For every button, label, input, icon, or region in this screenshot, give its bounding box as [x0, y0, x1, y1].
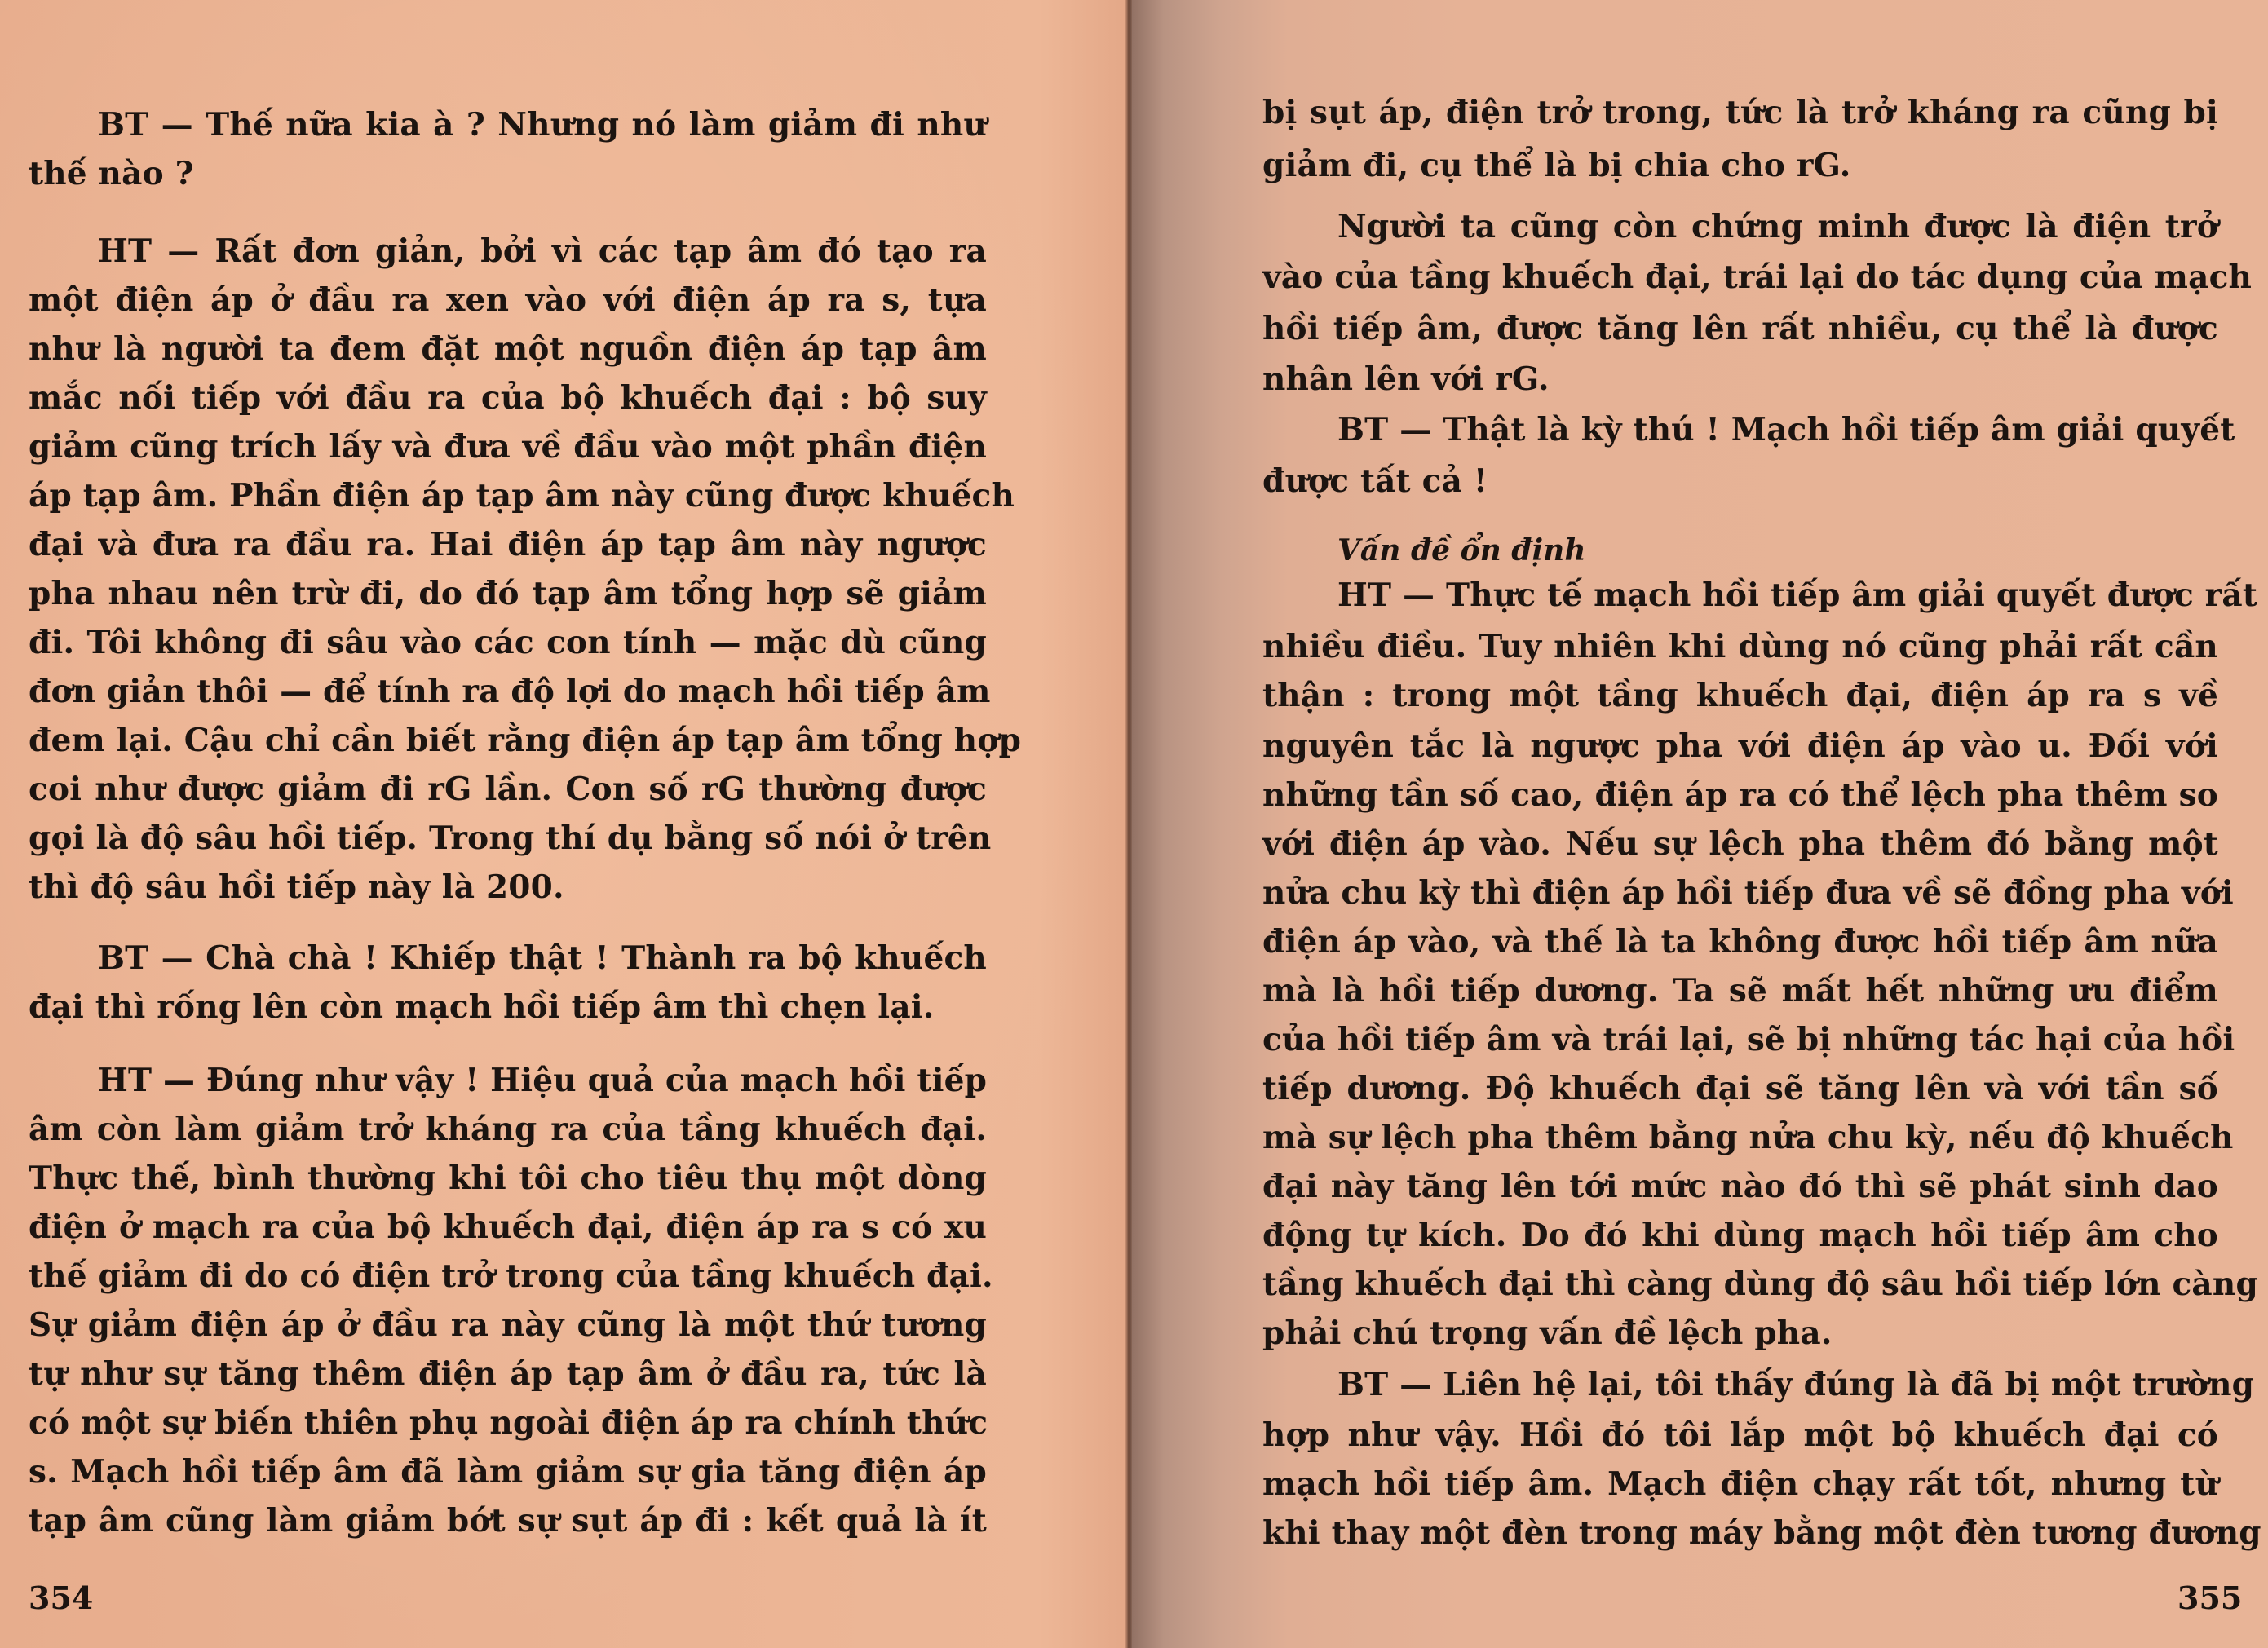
text-line: Sự giảm điện áp ở đầu ra này cũng là một…	[29, 1305, 987, 1345]
text-line: nguyên tắc là ngược pha với điện áp vào …	[1262, 726, 2218, 767]
text-line: khi thay một đèn trong máy bằng một đèn …	[1262, 1513, 2218, 1553]
text-line: thế giảm đi do có điện trở trong của tần…	[29, 1256, 987, 1297]
text-line: đại và đưa ra đầu ra. Hai điện áp tạp âm…	[29, 524, 987, 565]
text-line: giảm đi, cụ thể là bị chia cho rG.	[1262, 145, 2218, 186]
line-text: mắc nối tiếp với đầu ra của bộ khuếch đạ…	[29, 379, 987, 417]
line-text: điện áp vào, và thế là ta không được hồi…	[1262, 923, 2218, 961]
line-text: phải chú trọng vấn đề lệch pha.	[1262, 1314, 1833, 1352]
line-text: Chà chà ! Khiếp thật ! Thành ra bộ khuếc…	[193, 939, 987, 977]
line-text: đem lại. Cậu chỉ cần biết rằng điện áp t…	[29, 722, 1021, 759]
text-line: BT — Liên hệ lại, tôi thấy đúng là đã bị…	[1337, 1364, 2218, 1405]
text-line: âm còn làm giảm trở kháng ra của tầng kh…	[29, 1109, 987, 1150]
line-text: mà là hồi tiếp dương. Ta sẽ mất hết nhữn…	[1262, 972, 2218, 1010]
line-text: áp tạp âm. Phần điện áp tạp âm này cũng …	[29, 477, 1015, 515]
text-line: gọi là độ sâu hồi tiếp. Trong thí dụ bằn…	[29, 818, 987, 859]
speaker-label: BT —	[98, 106, 193, 144]
line-text: hồi tiếp âm, được tăng lên rất nhiều, cụ…	[1262, 310, 2218, 347]
line-text: Thật là kỳ thú ! Mạch hồi tiếp âm giải q…	[1431, 411, 2235, 448]
line-text: đi. Tôi không đi sâu vào các con tính — …	[29, 624, 987, 661]
text-line: HT — Rất đơn giản, bởi vì các tạp âm đó …	[98, 231, 987, 272]
text-line: HT — Đúng như vậy ! Hiệu quả của mạch hồ…	[98, 1060, 987, 1101]
line-text: đơn giản thôi — để tính ra độ lợi do mạc…	[29, 673, 991, 710]
line-text: Rất đơn giản, bởi vì các tạp âm đó tạo r…	[199, 232, 987, 270]
speaker-label: HT —	[98, 232, 199, 270]
text-line: đi. Tôi không đi sâu vào các con tính — …	[29, 622, 987, 663]
text-line: động tự kích. Do đó khi dùng mạch hồi ti…	[1262, 1215, 2218, 1256]
line-text: giảm đi, cụ thể là bị chia cho rG.	[1262, 147, 1851, 184]
line-text: giảm cũng trích lấy và đưa về đầu vào mộ…	[29, 428, 987, 466]
text-line: nửa chu kỳ thì điện áp hồi tiếp đưa về s…	[1262, 873, 2218, 913]
speaker-label: HT —	[98, 1062, 195, 1099]
text-line: Thực thế, bình thường khi tôi cho tiêu t…	[29, 1158, 987, 1199]
line-text: Người ta cũng còn chứng minh được là điệ…	[1337, 208, 2218, 245]
section-heading: Vấn đề ổn định	[1337, 530, 1586, 571]
text-line: bị sụt áp, điện trở trong, tức là trở kh…	[1262, 92, 2218, 133]
text-line: vào của tầng khuếch đại, trái lại do tác…	[1262, 257, 2218, 298]
text-line: điện áp vào, và thế là ta không được hồi…	[1262, 921, 2218, 962]
text-line: s. Mạch hồi tiếp âm đã làm giảm sự gia t…	[29, 1451, 987, 1492]
text-line: những tần số cao, điện áp ra có thể lệch…	[1262, 775, 2218, 815]
left-page-number: 354	[29, 1578, 93, 1619]
text-line: tự như sự tăng thêm điện áp tạp âm ở đầu…	[29, 1354, 987, 1394]
line-text: mạch hồi tiếp âm. Mạch điện chạy rất tốt…	[1262, 1465, 2218, 1503]
line-text: s. Mạch hồi tiếp âm đã làm giảm sự gia t…	[29, 1453, 987, 1491]
line-text: pha nhau nên trừ đi, do đó tạp âm tổng h…	[29, 575, 987, 612]
text-line: mạch hồi tiếp âm. Mạch điện chạy rất tốt…	[1262, 1464, 2218, 1504]
line-text: điện ở mạch ra của bộ khuếch đại, điện á…	[29, 1208, 987, 1246]
line-text: nửa chu kỳ thì điện áp hồi tiếp đưa về s…	[1262, 874, 2234, 912]
speaker-label: BT —	[98, 939, 193, 977]
line-text: âm còn làm giảm trở kháng ra của tầng kh…	[29, 1111, 987, 1148]
line-text: động tự kích. Do đó khi dùng mạch hồi ti…	[1262, 1217, 2218, 1254]
line-text: vào của tầng khuếch đại, trái lại do tác…	[1262, 258, 2252, 296]
line-text: Thế nữa kia à ? Nhưng nó làm giảm đi như	[193, 106, 987, 144]
text-line: thận : trong một tầng khuếch đại, điện á…	[1262, 675, 2218, 716]
text-line: nhân lên với rG.	[1262, 359, 2218, 400]
text-line: pha nhau nên trừ đi, do đó tạp âm tổng h…	[29, 573, 987, 614]
line-text: nguyên tắc là ngược pha với điện áp vào …	[1262, 727, 2218, 765]
text-line: BT — Thật là kỳ thú ! Mạch hồi tiếp âm g…	[1337, 409, 2218, 450]
text-line: hồi tiếp âm, được tăng lên rất nhiều, cụ…	[1262, 308, 2218, 349]
text-line: BT — Chà chà ! Khiếp thật ! Thành ra bộ …	[98, 938, 987, 979]
text-line: có một sự biến thiên phụ ngoài điện áp r…	[29, 1403, 987, 1443]
line-text: thế nào ?	[29, 155, 194, 192]
book-spine	[1125, 0, 1132, 1648]
line-text: như là người ta đem đặt một nguồn điện á…	[29, 330, 987, 368]
line-text: có một sự biến thiên phụ ngoài điện áp r…	[29, 1404, 988, 1442]
text-line: tầng khuếch đại thì càng dùng độ sâu hồi…	[1262, 1264, 2218, 1305]
line-text: tầng khuếch đại thì càng dùng độ sâu hồi…	[1262, 1266, 2258, 1303]
line-text: đại và đưa ra đầu ra. Hai điện áp tạp âm…	[29, 526, 987, 563]
line-text: của hồi tiếp âm và trái lại, sẽ bị những…	[1262, 1021, 2235, 1058]
text-line: một điện áp ở đầu ra xen vào với điện áp…	[29, 280, 987, 320]
line-text: gọi là độ sâu hồi tiếp. Trong thí dụ bằn…	[29, 820, 991, 857]
text-line: mà sự lệch pha thêm bằng nửa chu kỳ, nếu…	[1262, 1117, 2218, 1158]
text-line: với điện áp vào. Nếu sự lệch pha thêm đó…	[1262, 824, 2218, 864]
text-line: của hồi tiếp âm và trái lại, sẽ bị những…	[1262, 1019, 2218, 1060]
line-text: bị sụt áp, điện trở trong, tức là trở kh…	[1262, 94, 2218, 131]
line-text: tạp âm cũng làm giảm bớt sự sụt áp đi : …	[29, 1502, 987, 1540]
text-line: tạp âm cũng làm giảm bớt sự sụt áp đi : …	[29, 1500, 987, 1541]
text-line: thì độ sâu hồi tiếp này là 200.	[29, 867, 987, 908]
line-text: Đúng như vậy ! Hiệu quả của mạch hồi tiế…	[195, 1062, 987, 1099]
text-line: mà là hồi tiếp dương. Ta sẽ mất hết nhữn…	[1262, 970, 2218, 1011]
line-text: nhân lên với rG.	[1262, 360, 1550, 398]
text-line: đơn giản thôi — để tính ra độ lợi do mạc…	[29, 671, 987, 712]
line-text: Thực tế mạch hồi tiếp âm giải quyết được…	[1435, 577, 2257, 614]
speaker-label: BT —	[1337, 1366, 1431, 1403]
line-text: Sự giảm điện áp ở đầu ra này cũng là một…	[29, 1306, 987, 1344]
line-text: thế giảm đi do có điện trở trong của tần…	[29, 1257, 993, 1295]
text-line: tiếp dương. Độ khuếch đại sẽ tăng lên và…	[1262, 1068, 2218, 1109]
text-line: đem lại. Cậu chỉ cần biết rằng điện áp t…	[29, 720, 987, 761]
line-text: tự như sự tăng thêm điện áp tạp âm ở đầu…	[29, 1355, 987, 1393]
text-line: áp tạp âm. Phần điện áp tạp âm này cũng …	[29, 475, 987, 516]
line-text: tiếp dương. Độ khuếch đại sẽ tăng lên và…	[1262, 1070, 2218, 1107]
line-text: Thực thế, bình thường khi tôi cho tiêu t…	[29, 1160, 987, 1197]
text-line: Người ta cũng còn chứng minh được là điệ…	[1337, 206, 2218, 247]
text-line: đại thì rống lên còn mạch hồi tiếp âm th…	[29, 987, 987, 1027]
right-page-number: 355	[2177, 1578, 2242, 1619]
line-text: thì độ sâu hồi tiếp này là 200.	[29, 868, 564, 906]
text-line: mắc nối tiếp với đầu ra của bộ khuếch đạ…	[29, 378, 987, 418]
text-line: như là người ta đem đặt một nguồn điện á…	[29, 329, 987, 369]
line-text: khi thay một đèn trong máy bằng một đèn …	[1262, 1514, 2261, 1552]
text-line: coi như được giảm đi rG lần. Con số rG t…	[29, 769, 987, 810]
text-line: BT — Thế nữa kia à ? Nhưng nó làm giảm đ…	[98, 104, 987, 145]
speaker-label: BT —	[1337, 411, 1431, 448]
line-text: Liên hệ lại, tôi thấy đúng là đã bị một …	[1431, 1366, 2254, 1403]
text-line: điện ở mạch ra của bộ khuếch đại, điện á…	[29, 1207, 987, 1248]
line-text: một điện áp ở đầu ra xen vào với điện áp…	[29, 281, 987, 319]
text-line: HT — Thực tế mạch hồi tiếp âm giải quyết…	[1337, 575, 2218, 616]
text-line: phải chú trọng vấn đề lệch pha.	[1262, 1313, 2218, 1354]
speaker-label: HT —	[1337, 577, 1435, 614]
line-text: với điện áp vào. Nếu sự lệch pha thêm đó…	[1262, 825, 2218, 863]
text-line: được tất cả !	[1262, 461, 2218, 501]
line-text: hợp như vậy. Hồi đó tôi lắp một bộ khuếc…	[1262, 1416, 2218, 1454]
text-line: giảm cũng trích lấy và đưa về đầu vào mộ…	[29, 426, 987, 467]
line-text: những tần số cao, điện áp ra có thể lệch…	[1262, 776, 2218, 814]
line-text: nhiều điều. Tuy nhiên khi dùng nó cũng p…	[1262, 628, 2218, 665]
line-text: đại thì rống lên còn mạch hồi tiếp âm th…	[29, 988, 935, 1026]
line-text: được tất cả !	[1262, 462, 1488, 500]
text-line: đại này tăng lên tới mức nào đó thì sẽ p…	[1262, 1166, 2218, 1207]
text-line: hợp như vậy. Hồi đó tôi lắp một bộ khuếc…	[1262, 1415, 2218, 1456]
line-text: mà sự lệch pha thêm bằng nửa chu kỳ, nếu…	[1262, 1119, 2234, 1156]
text-line: thế nào ?	[29, 153, 987, 194]
line-text: thận : trong một tầng khuếch đại, điện á…	[1262, 677, 2218, 714]
text-line: nhiều điều. Tuy nhiên khi dùng nó cũng p…	[1262, 626, 2218, 667]
line-text: đại này tăng lên tới mức nào đó thì sẽ p…	[1262, 1168, 2218, 1205]
line-text: coi như được giảm đi rG lần. Con số rG t…	[29, 771, 987, 808]
